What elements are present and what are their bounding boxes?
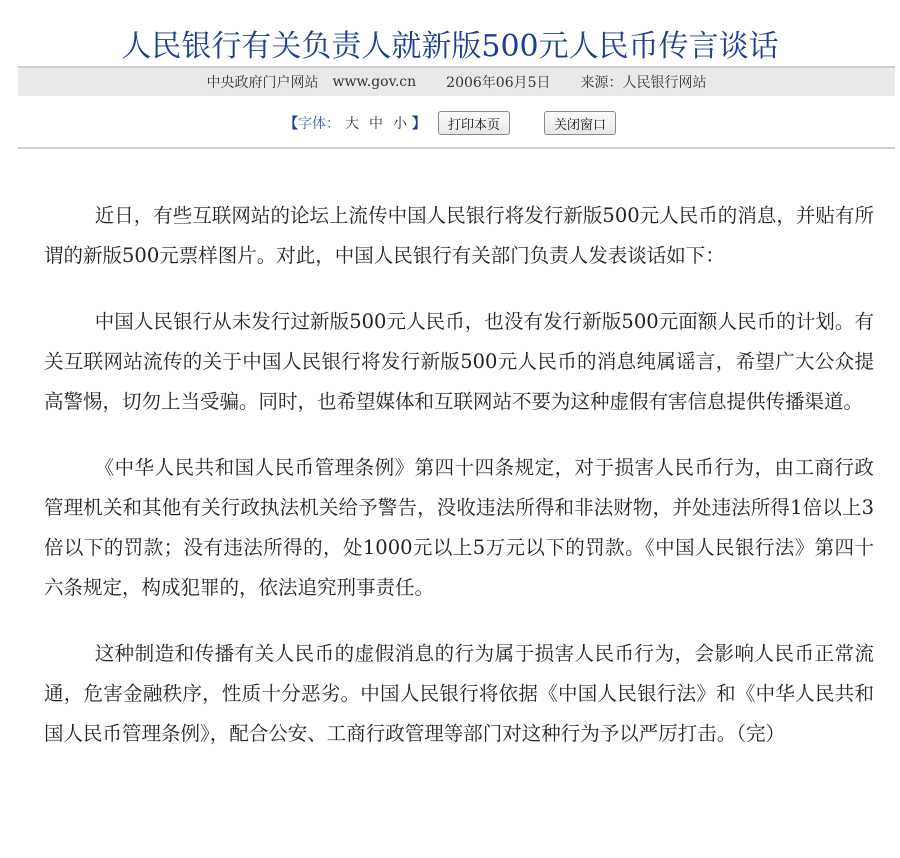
article-meta-bar: 中央政府门户网站 www.gov.cn 2006年06月5日 来源：人民银行网站 xyxy=(18,66,895,96)
publish-date: 2006年06月5日 xyxy=(446,72,550,92)
article-tools: 【 字体： 大 中 小 】 打印本页 关闭窗口 xyxy=(0,108,900,138)
font-size-medium[interactable]: 中 xyxy=(369,113,383,133)
paragraph: 近日，有些互联网站的论坛上流传中国人民银行将发行新版500元人民币的消息，并贴有… xyxy=(44,196,874,276)
bracket-open: 【 xyxy=(284,113,298,133)
site-name: 中央政府门户网站 xyxy=(206,72,318,92)
font-size-control: 【 字体： 大 中 小 】 xyxy=(284,113,426,133)
header-divider xyxy=(18,147,895,149)
paragraph: 这种制造和传播有关人民币的虚假消息的行为属于损害人民币行为，会影响人民币正常流通… xyxy=(44,634,874,754)
article-source: 来源：人民银行网站 xyxy=(581,72,707,92)
paragraph: 中国人民银行从未发行过新版500元人民币，也没有发行新版500元面额人民币的计划… xyxy=(44,302,874,422)
font-size-small[interactable]: 小 xyxy=(393,113,407,133)
site-url: www.gov.cn xyxy=(332,74,416,90)
font-size-large[interactable]: 大 xyxy=(345,113,359,133)
print-page-button[interactable]: 打印本页 xyxy=(438,111,510,135)
paragraph: 《中华人民共和国人民币管理条例》第四十四条规定，对于损害人民币行为，由工商行政管… xyxy=(44,448,874,608)
article-body: 近日，有些互联网站的论坛上流传中国人民银行将发行新版500元人民币的消息，并贴有… xyxy=(44,196,874,780)
font-size-label: 字体： xyxy=(298,113,340,133)
article-title: 人民银行有关负责人就新版500元人民币传言谈话 xyxy=(0,26,900,68)
close-window-button[interactable]: 关闭窗口 xyxy=(544,111,616,135)
bracket-close: 】 xyxy=(412,113,426,133)
